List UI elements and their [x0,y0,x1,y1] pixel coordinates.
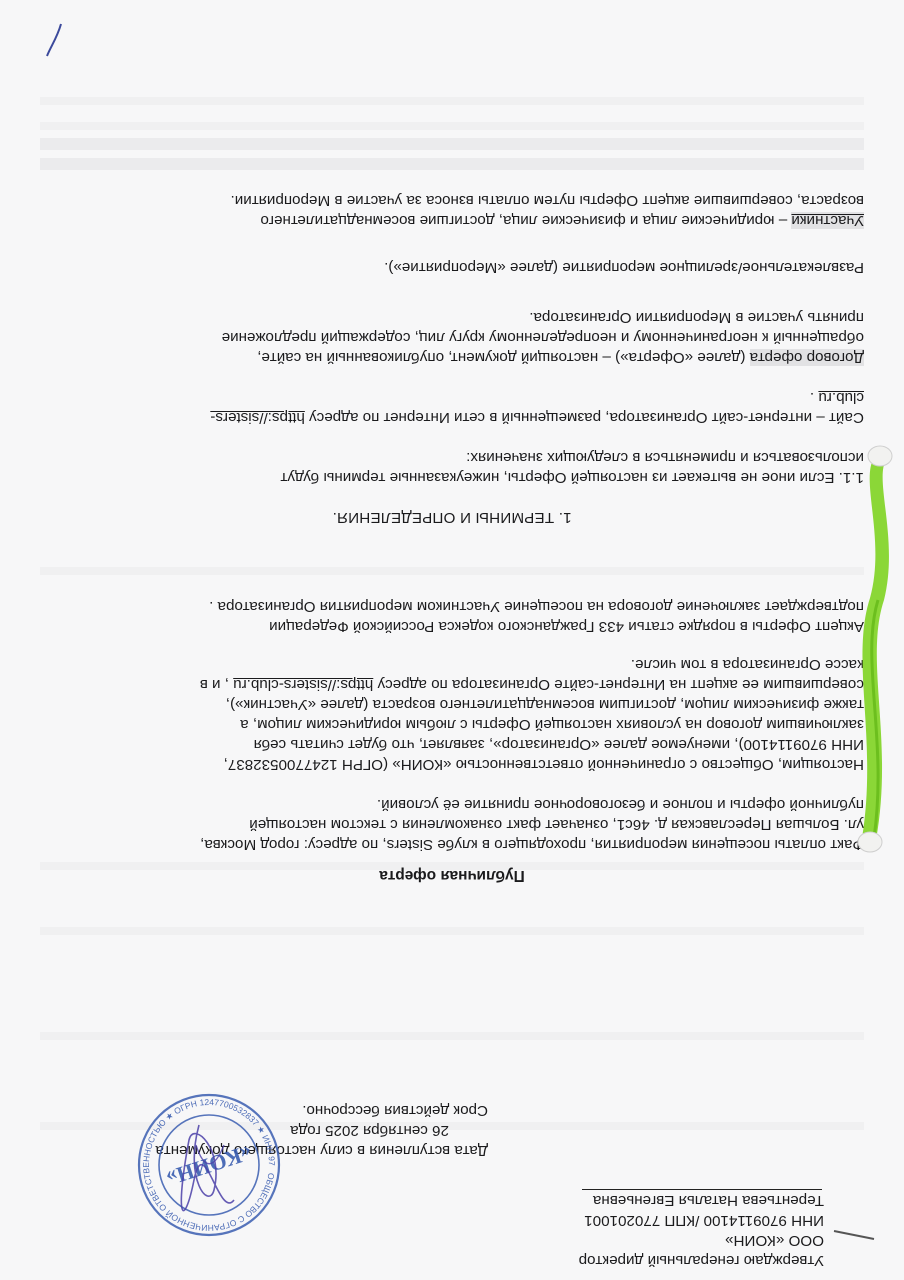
site-def-line: Сайт – интернет-сайт Организатора, разме… [210,407,864,427]
pen-tick-icon [39,20,69,60]
organizer-line: также физическим лицом, достигшим восемн… [226,694,864,714]
website-link[interactable]: https://sisters- [210,409,305,426]
pen-scratch-icon [824,1225,884,1245]
organizer-line: заключившим договор на условиях настояще… [240,714,864,734]
signature-line [582,1189,822,1190]
intro-line: Факт оплаты посещения мероприятия, прохо… [200,834,864,854]
document-title: Публичная оферта [0,865,904,885]
site-def-line: club.ru . [810,387,864,407]
stamp-seal-icon: ОБЩЕСТВО С ОГРАНИЧЕННОЙ ОТВЕТСТВЕННОСТЬЮ… [134,1090,284,1240]
approval-inn-kpp: ИНН 9709114100 /КПП 770201001 [584,1210,824,1230]
site-def-text: . [810,389,818,406]
acceptance-line: Акцепт Оферты в порядке статьи 433 Гражд… [269,616,864,636]
acceptance-line: подтверждает заключение договора на посе… [209,596,864,616]
approval-company: ООО «КОИН» [725,1230,824,1250]
scan-noise [40,927,864,935]
intro-line: публичной оферты и полное и безоговорочн… [377,794,864,814]
scan-noise [40,122,864,130]
svg-text:«КОИН»: «КОИН» [163,1140,255,1191]
approval-director: Утверждаю генеральный директор [579,1250,824,1270]
organizer-text: совершившим ее акцепт на Интернет-сайте … [373,676,864,693]
website-link[interactable]: https://sisters-club.ru [233,676,373,693]
validity-term: Срок действия бессрочно. [302,1100,488,1120]
organizer-text: , и в [200,676,233,693]
participants-def-line: возраста, совершившие акцепт Оферты путе… [231,190,864,210]
clause-line: 1.1. Если иное не вытекает из настоящей … [280,467,864,487]
scan-noise [40,97,864,105]
scan-noise [40,1032,864,1040]
offer-def-line: Договор оферта (далее «Оферта») – настоя… [257,347,864,367]
participants-term: Участники [791,212,864,229]
green-ribbon-icon [814,440,904,860]
participants-def-text: – юридические лица и физические лица, до… [260,212,791,229]
section-1-title: 1. ТЕРМИНЫ И ОПРЕДЕЛЕНИЯ. [0,507,904,527]
participants-def-line: Участники – юридические лица и физически… [260,210,864,230]
event-definition: Развлекательное/зрелищное мероприятие (д… [384,257,864,277]
company-stamp: ОБЩЕСТВО С ОГРАНИЧЕННОЙ ОТВЕТСТВЕННОСТЬЮ… [134,1090,284,1240]
clause-line: использоваться и применяться в следующих… [466,447,864,467]
bleed-through-text [40,138,864,150]
bleed-through-text [40,158,864,170]
offer-def-text: (далее «Оферта») – настоящий документ, о… [257,349,749,366]
organizer-line: Настоящим, Общество с ограниченной ответ… [224,754,864,774]
organizer-line: ИНН 9709114100), именуемое далее «Органи… [254,734,864,754]
intro-line: ул. Большая Переславская д. 46с1, означа… [249,814,864,834]
offer-def-line: обращенный к неограниченному и неопредел… [222,327,864,347]
approval-name: Терентьева Наталья Евгеньевна [593,1190,824,1210]
offer-term: Договор оферта [750,349,864,366]
scan-noise [40,567,864,575]
site-def-text: Сайт – интернет-сайт Организатора, разме… [305,409,864,426]
effective-date: 26 сентября 2025 года [290,1120,449,1140]
offer-def-line: принять участие в Мероприятии Организато… [529,307,864,327]
website-link[interactable]: club.ru [818,389,864,406]
scanned-document-page: Утверждаю генеральный директор ООО «КОИН… [0,0,904,1280]
binding-ribbon [814,440,904,860]
organizer-line: совершившим ее акцепт на Интернет-сайте … [200,674,864,694]
